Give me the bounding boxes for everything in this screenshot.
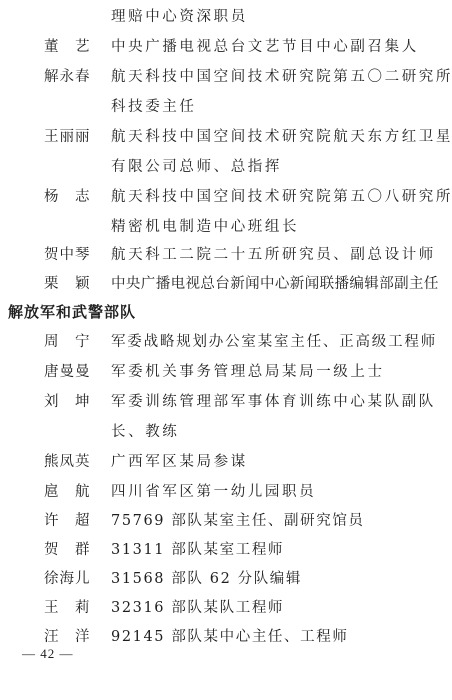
entry-name: 杨 志 xyxy=(44,185,94,209)
entry-description: 有限公司总师、总指挥 xyxy=(111,155,282,179)
entry-description: 长、教练 xyxy=(111,420,179,444)
entry-description: 理赔中心资深职员 xyxy=(111,5,248,29)
entry-description: 75769 部队某室主任、副研究馆员 xyxy=(111,509,365,533)
entry-name: 唐曼曼 xyxy=(44,360,94,384)
entry-name: 王 莉 xyxy=(44,596,94,620)
entry-name: 解永春 xyxy=(44,65,94,89)
entry-name: 周 宁 xyxy=(44,330,94,354)
section-title: 解放军和武警部队 xyxy=(8,300,136,324)
entry-description: 精密机电制造中心班组长 xyxy=(111,215,299,239)
entry-description: 军委训练管理部军事体育训练中心某队副队 xyxy=(111,390,436,414)
entry-description: 军委战略规划办公室某室主任、正高级工程师 xyxy=(111,330,437,354)
entry-description: 32316 部队某队工程师 xyxy=(111,596,284,620)
entry-name: 栗 颖 xyxy=(44,272,94,296)
entry-name: 熊凤英 xyxy=(44,450,94,474)
entry-description: 31311 部队某室工程师 xyxy=(111,538,284,562)
entry-name: 贺中琴 xyxy=(44,243,94,267)
entry-description: 航天科工二院二十五所研究员、副总设计师 xyxy=(111,243,436,267)
entry-description: 航天科技中国空间技术研究院第五〇二研究所 xyxy=(111,65,452,89)
entry-description: 广西军区某局参谋 xyxy=(111,450,248,474)
entry-name: 贺 群 xyxy=(44,538,94,562)
entry-description: 军委机关事务管理总局某局一级上士 xyxy=(111,360,385,384)
entry-description: 92145 部队某中心主任、工程师 xyxy=(111,625,348,649)
entry-description: 四川省军区第一幼儿园职员 xyxy=(111,480,316,504)
entry-description: 航天科技中国空间技术研究院第五〇八研究所 xyxy=(111,185,452,209)
entry-name: 徐海儿 xyxy=(44,567,94,591)
entry-name: 王丽丽 xyxy=(44,125,94,149)
entry-name: 刘 坤 xyxy=(44,390,94,414)
entry-name: 许 超 xyxy=(44,509,94,533)
entry-description: 中央广播电视总台新闻中心新闻联播编辑部副主任 xyxy=(111,272,439,296)
entry-description: 科技委主任 xyxy=(111,95,197,119)
entry-name: 董 艺 xyxy=(44,35,94,59)
entry-description: 航天科技中国空间技术研究院航天东方红卫星 xyxy=(111,125,452,149)
entry-description: 31568 部队 62 分队编辑 xyxy=(111,567,302,591)
entry-description: 中央广播电视总台文艺节目中心副召集人 xyxy=(111,35,419,59)
page-number: — 42 — xyxy=(22,646,74,662)
entry-name: 扈 航 xyxy=(44,480,94,504)
